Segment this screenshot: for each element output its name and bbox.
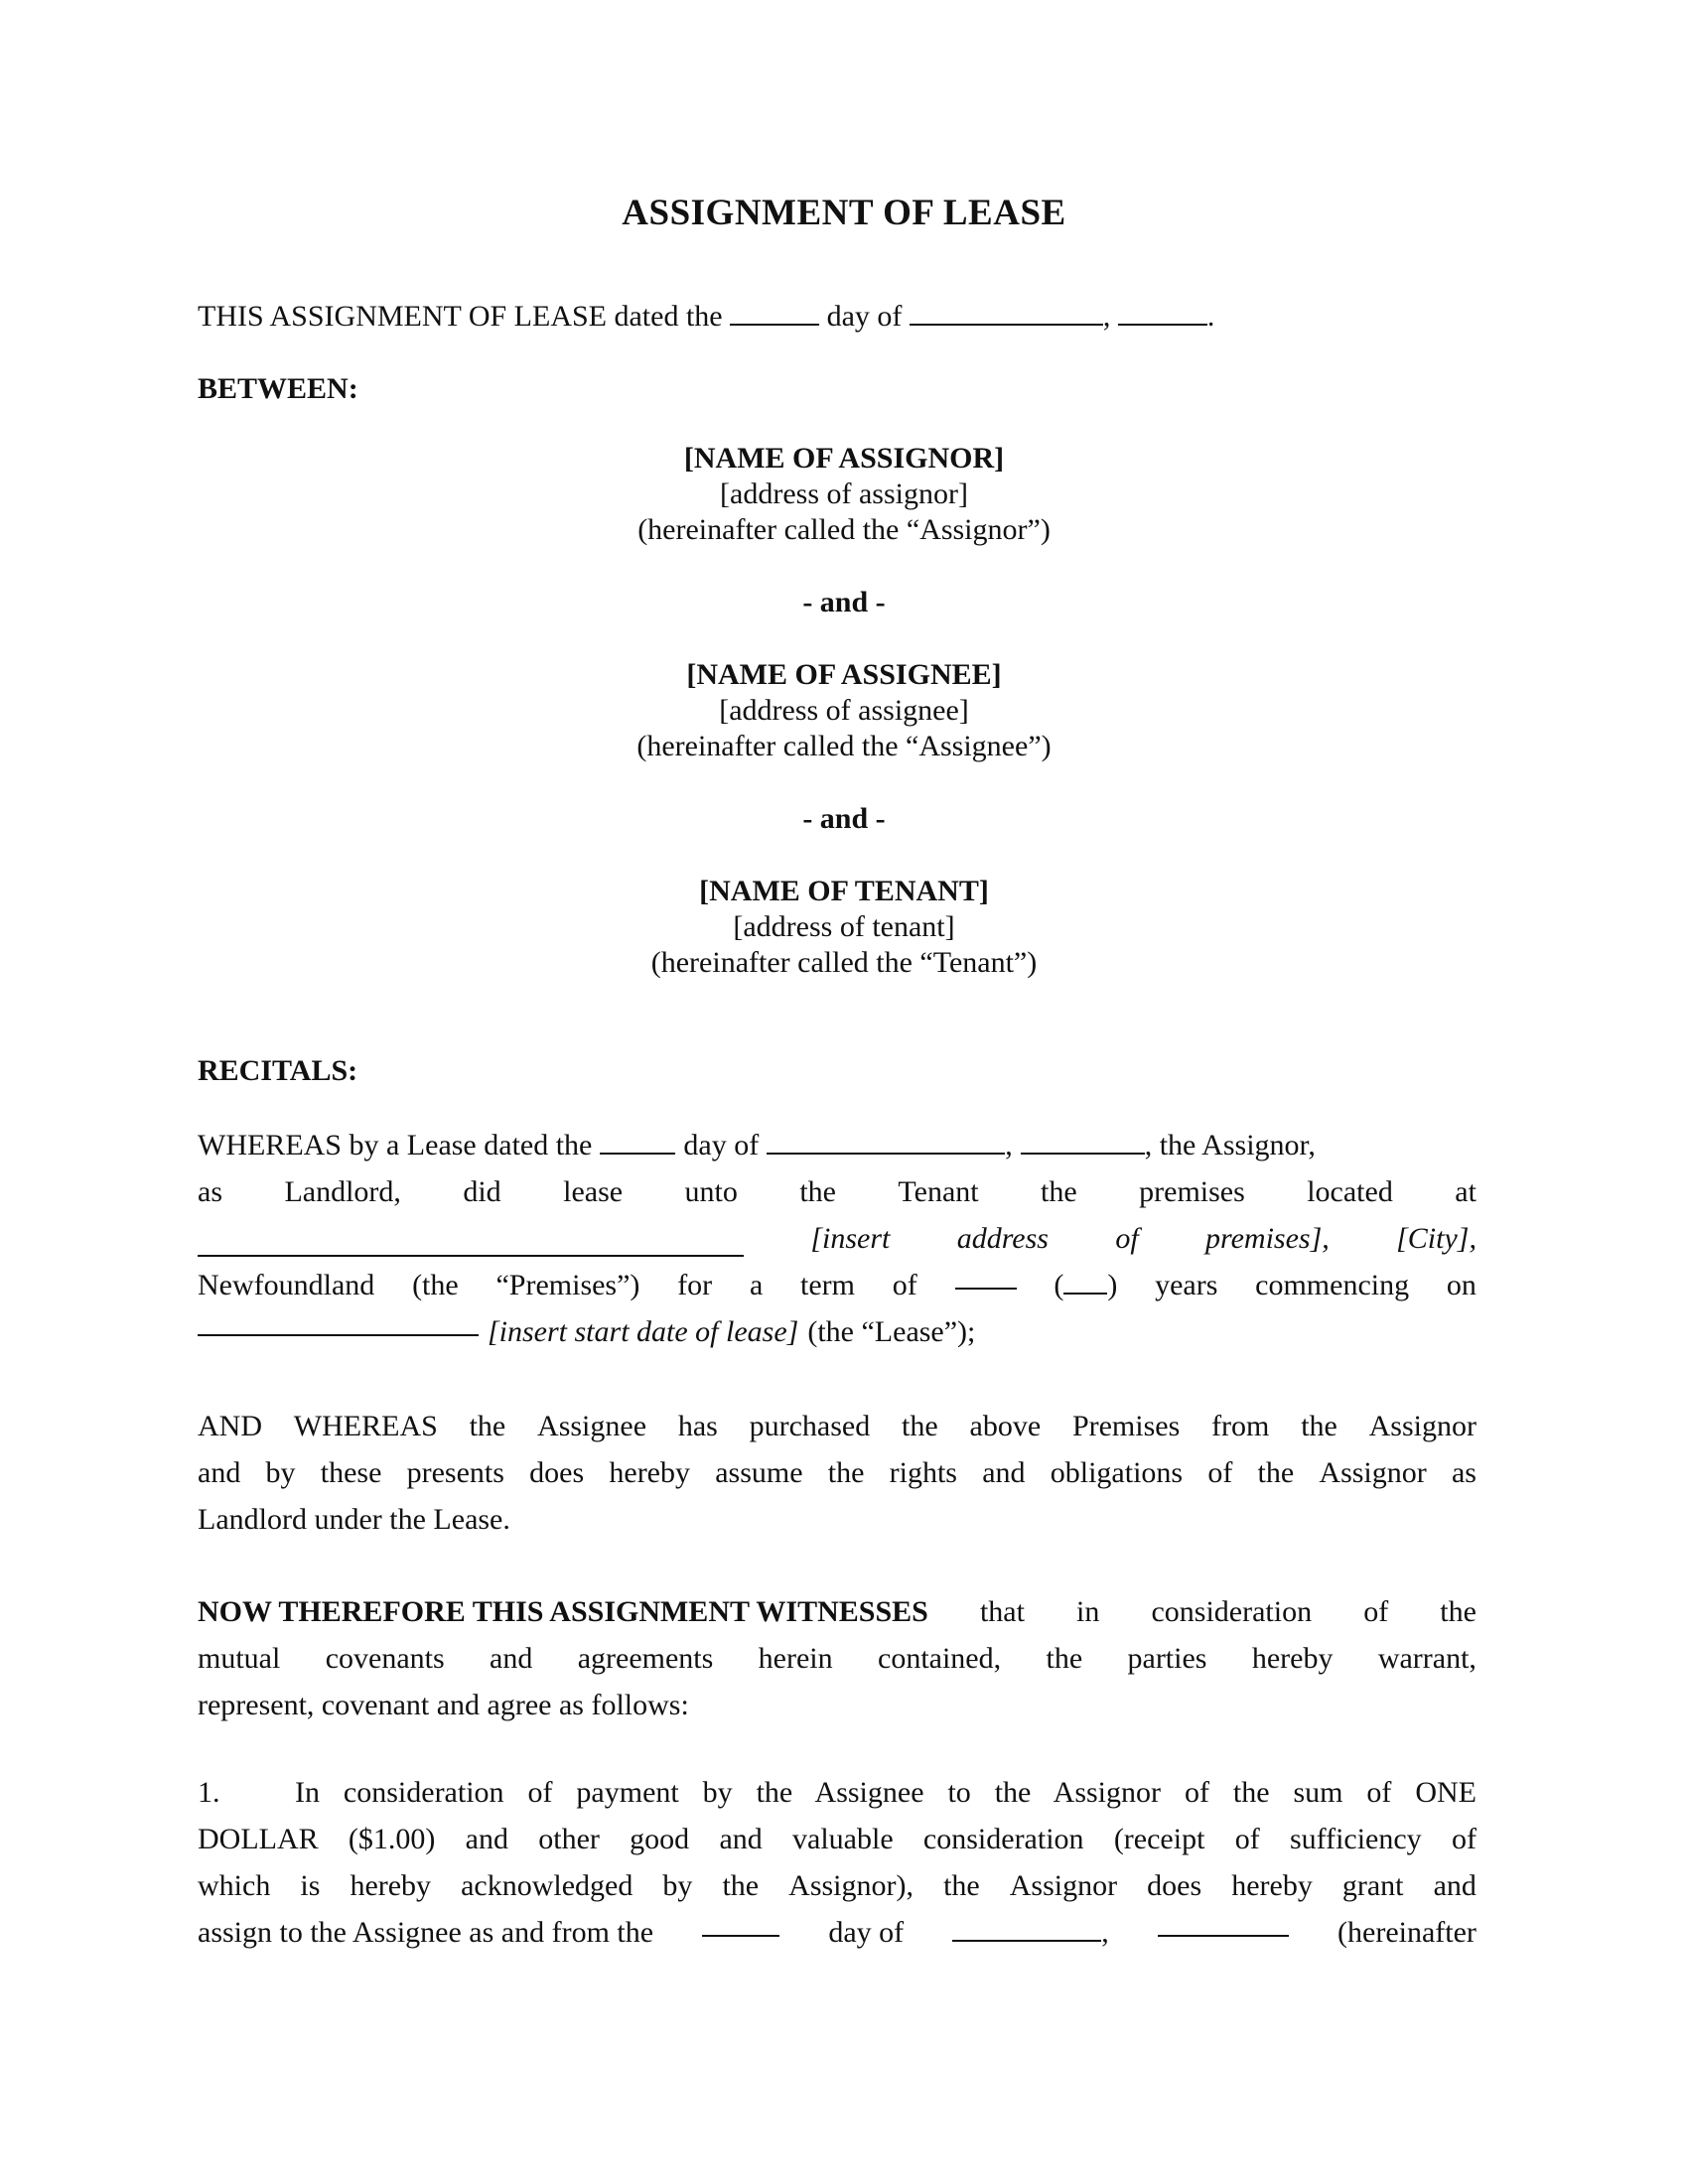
- word: the: [902, 1403, 938, 1449]
- word: grant: [1342, 1862, 1404, 1909]
- witness-line-1: NOW THEREFORE THIS ASSIGNMENT WITNESSES …: [198, 1588, 1477, 1635]
- word: the: [722, 1862, 759, 1909]
- word: DOLLAR: [198, 1816, 319, 1862]
- word: rights: [890, 1449, 957, 1496]
- blank-assign-day-field[interactable]: [702, 1909, 779, 1937]
- blank-lease-month-field[interactable]: [767, 1127, 1005, 1155]
- blank-month-field[interactable]: [910, 298, 1103, 326]
- term-number-paren: (): [1054, 1262, 1117, 1308]
- word: sufficiency: [1290, 1816, 1422, 1862]
- word: the: [470, 1403, 506, 1449]
- word: [City],: [1396, 1215, 1477, 1262]
- word: AND: [198, 1403, 262, 1449]
- recital-1-line-4: Newfoundland(the“Premises”)foratermof()y…: [198, 1262, 1477, 1308]
- word: in: [1076, 1588, 1099, 1635]
- word: of: [1363, 1588, 1388, 1635]
- word: “Premises”): [495, 1262, 639, 1308]
- word: by: [662, 1862, 692, 1909]
- word: WHEREAS: [294, 1403, 438, 1449]
- intro-day-of: day of: [827, 300, 903, 333]
- word: above: [970, 1403, 1042, 1449]
- word: premises],: [1205, 1215, 1330, 1262]
- word: term: [800, 1262, 855, 1308]
- word: contained,: [878, 1635, 1001, 1682]
- text: (the “Lease”);: [807, 1308, 975, 1355]
- word: years: [1155, 1262, 1217, 1308]
- document-page: ASSIGNMENT OF LEASE THIS ASSIGNMENT OF L…: [0, 0, 1688, 2184]
- recital-1-line-5: [insert start date of lease] (the “Lease…: [198, 1308, 1477, 1355]
- word: (the: [412, 1262, 459, 1308]
- word: Newfoundland: [198, 1262, 374, 1308]
- word: of: [1207, 1449, 1232, 1496]
- word: obligations: [1051, 1449, 1183, 1496]
- blank-term-number-field[interactable]: [1063, 1267, 1107, 1295]
- party-called: (hereinafter called the “Assignee”): [0, 729, 1688, 764]
- word: as: [198, 1168, 222, 1215]
- word: ($1.00): [349, 1816, 435, 1862]
- witness-line-3: represent, covenant and agree as follows…: [198, 1682, 1477, 1728]
- word: for: [677, 1262, 712, 1308]
- blank-year-field[interactable]: [1118, 298, 1207, 326]
- word: Assignor: [1369, 1403, 1477, 1449]
- recital-2-line-2: andbythesepresentsdoesherebyassumetherig…: [198, 1449, 1477, 1496]
- word: presents: [407, 1449, 504, 1496]
- word: by: [266, 1449, 296, 1496]
- witness-line-2: mutualcovenantsandagreementshereincontai…: [198, 1635, 1477, 1682]
- word: warrant,: [1378, 1635, 1477, 1682]
- word: Assignor: [1319, 1449, 1426, 1496]
- blank-assign-month-field[interactable]: [952, 1914, 1101, 1942]
- word: premises: [1139, 1168, 1245, 1215]
- word: a: [750, 1262, 763, 1308]
- word: address: [957, 1215, 1049, 1262]
- text: , the Assignor,: [1145, 1129, 1316, 1161]
- word: from: [1211, 1403, 1269, 1449]
- word: and: [490, 1635, 532, 1682]
- word: good: [630, 1816, 689, 1862]
- word: of: [893, 1262, 917, 1308]
- party-address: [address of assignee]: [0, 693, 1688, 729]
- party-name: [NAME OF ASSIGNEE]: [0, 657, 1688, 693]
- witness-clause: NOW THEREFORE THIS ASSIGNMENT WITNESSES …: [198, 1588, 1477, 1728]
- witness-heading: NOW THEREFORE THIS ASSIGNMENT WITNESSES: [198, 1588, 928, 1635]
- word: that: [980, 1588, 1025, 1635]
- word: parties: [1128, 1635, 1207, 1682]
- party-called: (hereinafter called the “Assignor”): [0, 512, 1688, 548]
- word: mutual: [198, 1635, 280, 1682]
- word: as: [1452, 1449, 1477, 1496]
- word: on: [1447, 1262, 1477, 1308]
- intro-prefix: THIS ASSIGNMENT OF LEASE dated the: [198, 300, 723, 333]
- clause-1-line-1: 1. In consideration of payment by the As…: [198, 1769, 1477, 1816]
- party-assignor: [NAME OF ASSIGNOR] [address of assignor]…: [0, 441, 1688, 548]
- word: commencing: [1255, 1262, 1409, 1308]
- word: of: [1452, 1816, 1477, 1862]
- word: valuable: [792, 1816, 894, 1862]
- word: herein: [759, 1635, 833, 1682]
- recital-2-line-3: Landlord under the Lease.: [198, 1496, 1477, 1543]
- word: of: [1115, 1215, 1138, 1262]
- text: day of: [683, 1122, 759, 1168]
- word: did: [463, 1168, 500, 1215]
- word: Premises: [1072, 1403, 1180, 1449]
- intro-line: THIS ASSIGNMENT OF LEASE dated the day o…: [198, 293, 1477, 340]
- and-separator: - and -: [0, 802, 1688, 836]
- word: has: [678, 1403, 718, 1449]
- word: covenants: [326, 1635, 445, 1682]
- word: consideration: [923, 1816, 1084, 1862]
- word: assume: [715, 1449, 802, 1496]
- clause-1: 1. In consideration of payment by the As…: [198, 1769, 1477, 1956]
- and-separator: - and -: [0, 586, 1688, 619]
- word: and: [982, 1449, 1025, 1496]
- recital-1-line-2: asLandlord,didleaseuntotheTenantthepremi…: [198, 1168, 1477, 1215]
- clause-1-line-3: whichisherebyacknowledgedbytheAssignor),…: [198, 1862, 1477, 1909]
- blank-day-field[interactable]: [730, 298, 819, 326]
- word: which: [198, 1862, 270, 1909]
- text: assign to the Assignee as and from the: [198, 1909, 653, 1956]
- word: unto: [685, 1168, 738, 1215]
- word: the: [1301, 1403, 1337, 1449]
- word: agreements: [578, 1635, 714, 1682]
- word: and: [719, 1816, 762, 1862]
- word: is: [300, 1862, 320, 1909]
- clause-1-line-2: DOLLAR($1.00)andothergoodandvaluablecons…: [198, 1816, 1477, 1862]
- word: lease: [563, 1168, 623, 1215]
- word: and: [466, 1816, 508, 1862]
- document-title: ASSIGNMENT OF LEASE: [0, 192, 1688, 234]
- word: hereby: [350, 1862, 431, 1909]
- word: Assignee: [537, 1403, 646, 1449]
- word: does: [1147, 1862, 1201, 1909]
- word: (receipt: [1114, 1816, 1205, 1862]
- word: other: [538, 1816, 600, 1862]
- word: the: [1440, 1588, 1477, 1635]
- word: hereby: [1252, 1635, 1334, 1682]
- blank-start-date-field[interactable]: [198, 1308, 479, 1336]
- word: purchased: [750, 1403, 871, 1449]
- word: located: [1307, 1168, 1393, 1215]
- word: Assignor: [1010, 1862, 1117, 1909]
- word: and: [198, 1449, 240, 1496]
- text: WHEREAS by a Lease dated the: [198, 1122, 592, 1168]
- recitals-label: RECITALS:: [198, 1047, 1477, 1094]
- blank-assign-year-field[interactable]: [1158, 1909, 1289, 1937]
- comma: ,: [1103, 300, 1111, 333]
- word: Tenant: [898, 1168, 978, 1215]
- word: at: [1455, 1168, 1477, 1215]
- recital-2: ANDWHEREAStheAssigneehaspurchasedtheabov…: [198, 1403, 1477, 1543]
- text: day of: [828, 1909, 904, 1956]
- party-called: (hereinafter called the “Tenant”): [0, 945, 1688, 981]
- period: .: [1207, 300, 1215, 333]
- word: of: [1235, 1816, 1260, 1862]
- party-tenant: [NAME OF TENANT] [address of tenant] (he…: [0, 874, 1688, 981]
- start-date-hint: [insert start date of lease]: [488, 1308, 798, 1355]
- word: the: [799, 1168, 836, 1215]
- word: [insert: [810, 1215, 890, 1262]
- word: Assignor),: [788, 1862, 914, 1909]
- word: acknowledged: [461, 1862, 633, 1909]
- word: the: [828, 1449, 865, 1496]
- blank-lease-year-field[interactable]: [1021, 1127, 1145, 1155]
- recital-2-line-1: ANDWHEREAStheAssigneehaspurchasedtheabov…: [198, 1403, 1477, 1449]
- party-name: [NAME OF TENANT]: [0, 874, 1688, 909]
- word: the: [1041, 1168, 1077, 1215]
- recital-1-line-1: WHEREAS by a Lease dated the day of , , …: [198, 1122, 1477, 1168]
- word: and: [1434, 1862, 1477, 1909]
- text: (hereinafter: [1337, 1909, 1477, 1956]
- word: these: [321, 1449, 382, 1496]
- word: the: [1258, 1449, 1295, 1496]
- clause-number: 1.: [198, 1769, 295, 1816]
- blank-premises-address-field[interactable]: [198, 1229, 744, 1257]
- word: consideration: [1151, 1588, 1312, 1635]
- blank-term-field[interactable]: [955, 1262, 1017, 1290]
- blank-lease-day-field[interactable]: [600, 1127, 675, 1155]
- word: the: [943, 1862, 980, 1909]
- party-assignee: [NAME OF ASSIGNEE] [address of assignee]…: [0, 657, 1688, 764]
- recital-1-line-3: [insertaddressofpremises],[City],: [198, 1215, 1477, 1262]
- party-address: [address of assignor]: [0, 477, 1688, 512]
- comma: ,: [1005, 1129, 1013, 1161]
- text: Landlord under the Lease.: [198, 1496, 510, 1543]
- word: does: [529, 1449, 584, 1496]
- between-label: BETWEEN:: [198, 365, 1477, 412]
- clause-1-line-4: assign to the Assignee as and from the d…: [198, 1909, 1477, 1956]
- recital-1: WHEREAS by a Lease dated the day of , , …: [198, 1122, 1477, 1355]
- word: hereby: [609, 1449, 690, 1496]
- word: hereby: [1231, 1862, 1313, 1909]
- party-name: [NAME OF ASSIGNOR]: [0, 441, 1688, 477]
- comma: ,: [1101, 1916, 1109, 1949]
- text: In consideration of payment by the Assig…: [295, 1769, 1477, 1816]
- word: the: [1046, 1635, 1082, 1682]
- party-address: [address of tenant]: [0, 909, 1688, 945]
- word: Landlord,: [284, 1168, 400, 1215]
- text: represent, covenant and agree as follows…: [198, 1682, 689, 1728]
